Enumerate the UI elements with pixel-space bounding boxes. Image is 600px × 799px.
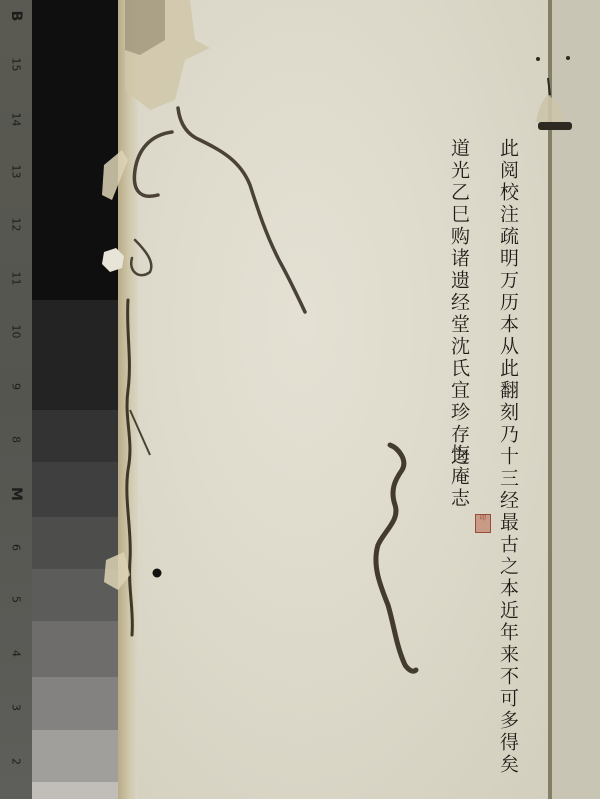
inscription-column-2: 道光乙巳购诸遗经堂沈氏宜珍存之 [448,138,470,468]
inscription-signature: 悔庵志 [448,444,470,510]
red-seal-stamp: 印 [475,514,491,533]
document-scan: B15141312111098M65432 此阅校注疏明万历本从此翻刻乃十三经最… [0,0,600,799]
inscription-column-1: 此阅校注疏明万历本从此翻刻乃十三经最古之本近年来不可多得矣 [497,138,519,776]
